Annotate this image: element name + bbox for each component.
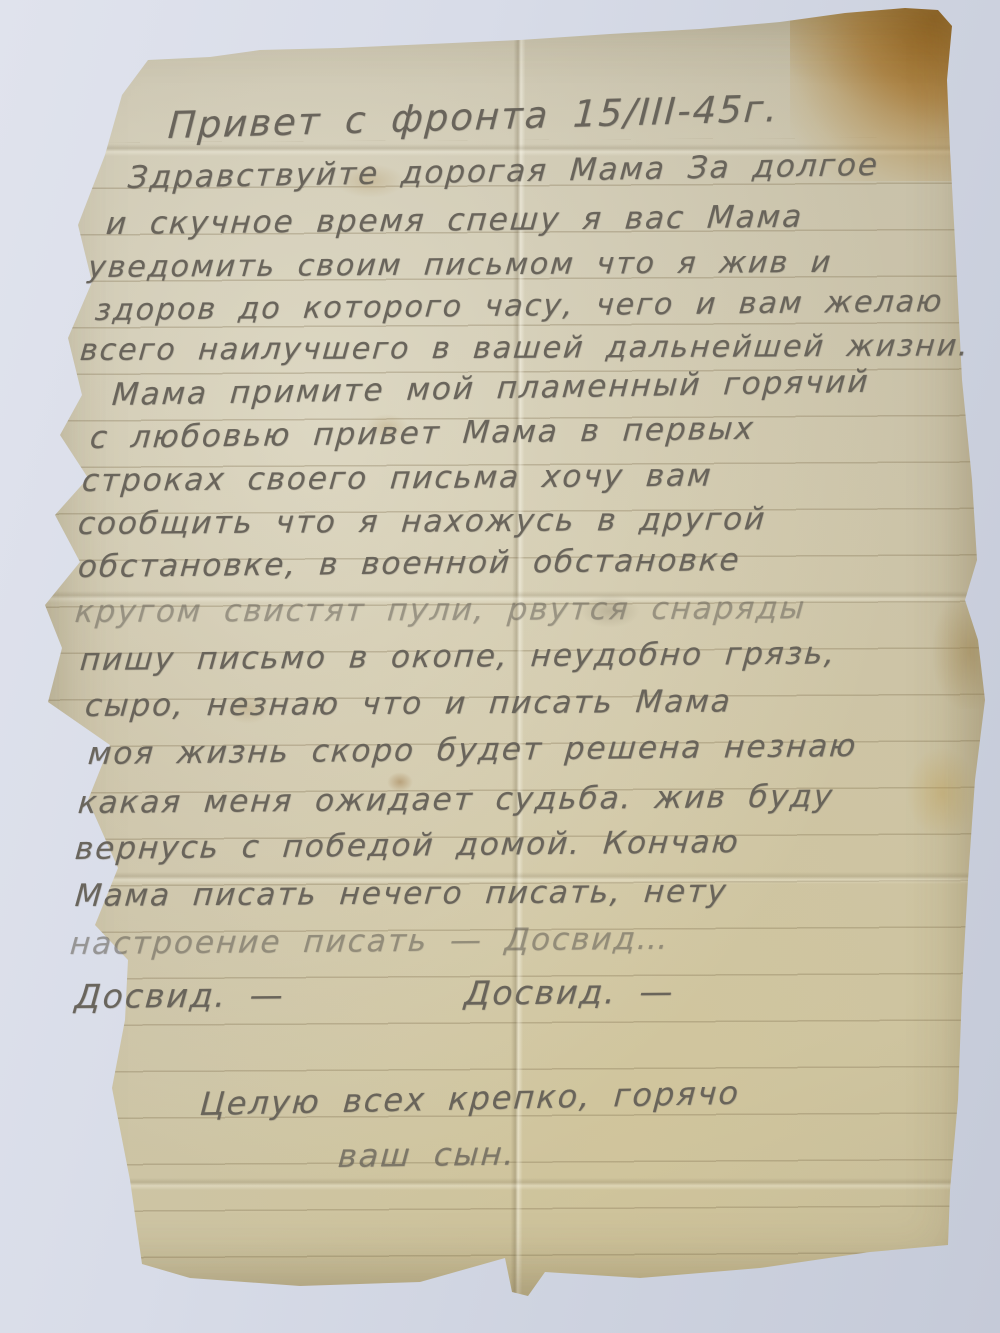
letter-line: Досвид. — Досвид. —: [73, 972, 676, 1016]
handwritten-text: Привет с фронта 15/III-45г. Здравствуйте…: [0, 0, 1000, 1333]
letter-line: Здравствуйте дорогая Мама За долгое: [127, 147, 881, 196]
letter-line: строках своего письма хочу вам: [81, 457, 714, 499]
letter-line: Мама писать нечего писать, нету: [74, 873, 730, 914]
letter-line: всего наилучшего в вашей дальнейшей жизн…: [79, 328, 972, 368]
letter-line: кругом свистят пули, рвутся снаряды: [74, 590, 808, 630]
letter-line: сообщить что я нахожусь в другой: [77, 501, 768, 542]
letter-line: здоров до которого часу, чего и вам жела…: [94, 284, 945, 328]
letter-line: пишу письмо в окопе, неудобно грязь,: [79, 635, 838, 678]
letter-signature: ваш сын.: [337, 1134, 518, 1175]
letter-line: и скучное время спешу я вас Мама: [105, 199, 805, 242]
letter-line: настроение писать — Досвид…: [69, 921, 672, 962]
letter-line: обстановке, в военной обстановке: [77, 542, 742, 585]
letter-line: сыро, незнаю что и писать Мама: [84, 683, 734, 724]
letter-line: какая меня ожидает судьба. жив буду: [77, 778, 836, 821]
letter-closing-line: Целую всех крепко, горячо: [199, 1074, 742, 1123]
photo-scene: Привет с фронта 15/III-45г. Здравствуйте…: [0, 0, 1000, 1333]
letter-line: Мама примите мой пламенный горячий: [111, 364, 871, 413]
letter-line: с любовью привет Мама в первых: [89, 411, 757, 456]
letter-line: моя жизнь скоро будет решена незнаю: [87, 728, 859, 772]
letter-heading-line: Привет с фронта 15/III-45г.: [167, 87, 781, 147]
letter-line: уведомить своим письмом что я жив и: [87, 245, 834, 285]
letter-line: вернусь с победой домой. Кончаю: [74, 824, 742, 867]
